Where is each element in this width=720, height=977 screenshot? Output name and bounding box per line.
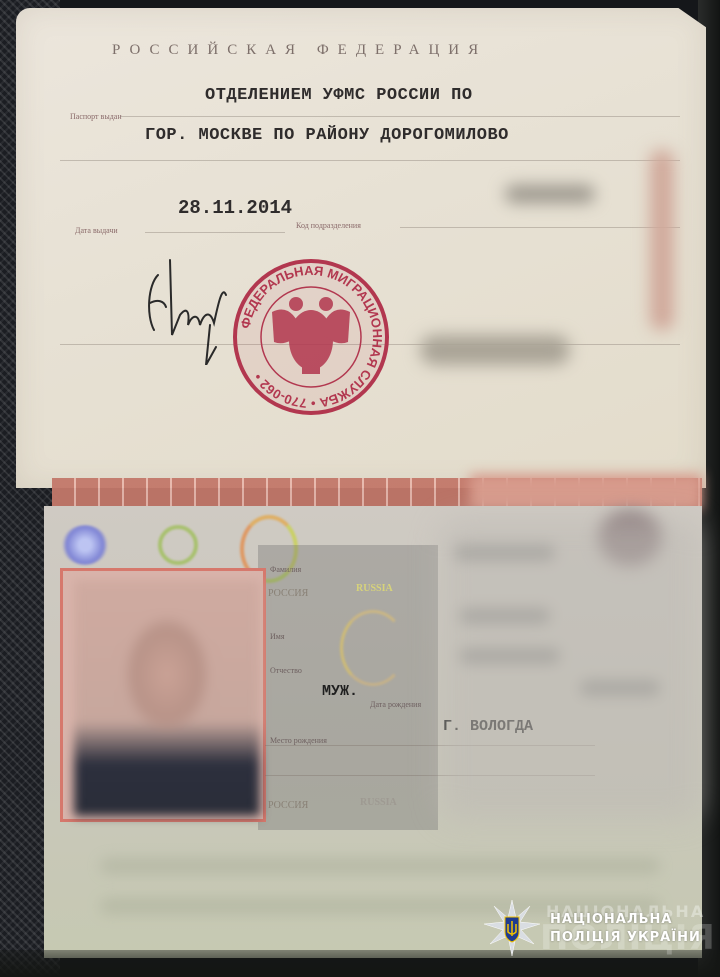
patronymic-label: Отчество (270, 666, 302, 675)
issue-date: 28.11.2014 (178, 197, 292, 219)
issue-date-label: Дата выдачи (75, 226, 118, 235)
official-stamp: ФЕДЕРАЛЬНАЯ МИГРАЦИОННАЯ СЛУЖБА • 770-06… (232, 252, 390, 422)
divider (145, 232, 285, 233)
redacted-mrz-line-1 (100, 858, 660, 874)
police-watermark: НАЦІОНАЛЬНА ПОЛІЦІЯ НАЦІОНАЛЬНА ПОЛІЦІЯ … (470, 900, 710, 960)
redacted-signature (420, 335, 570, 365)
redacted-department-code (505, 185, 595, 203)
divider (120, 116, 680, 117)
issued-by-label: Паспорт выдан (70, 112, 122, 121)
watermark-line-1: НАЦІОНАЛЬНА (550, 912, 672, 927)
rossia-text: РОССИЯ (268, 588, 308, 599)
watermark-line-2: ПОЛІЦІЯ УКРАЇНИ (550, 930, 701, 945)
rossia-text-bottom: РОССИЯ (268, 800, 308, 811)
hologram-russia-text-bottom: RUSSIA (360, 797, 397, 808)
department-code-label: Код подразделения (296, 221, 361, 230)
hologram-russia-text: RUSSIA (356, 583, 393, 594)
surname-label: Фамилия (270, 565, 301, 574)
divider (400, 227, 680, 228)
redacted-serial (650, 150, 674, 330)
sex-value: МУЖ. (322, 683, 358, 700)
police-star-icon (484, 900, 540, 956)
holder-photo-redacted (74, 580, 260, 816)
hologram-emblem (62, 525, 108, 565)
redacted-strip (470, 474, 702, 510)
hologram-ring (158, 525, 198, 565)
name-label: Имя (270, 632, 285, 641)
issued-by-line-1: ОТДЕЛЕНИЕМ УФМС РОССИИ ПО (205, 86, 473, 105)
birth-place-label: Место рождения (270, 736, 327, 745)
divider (60, 160, 680, 161)
birth-date-label: Дата рождения (370, 700, 421, 709)
hologram-wreath-center (340, 610, 406, 686)
issued-by-line-2: ГОР. МОСКВЕ ПО РАЙОНУ ДОРОГОМИЛОВО (145, 126, 509, 145)
redacted-region (440, 520, 700, 820)
country-header: РОССИЙСКАЯ ФЕДЕРАЦИЯ (112, 42, 632, 59)
